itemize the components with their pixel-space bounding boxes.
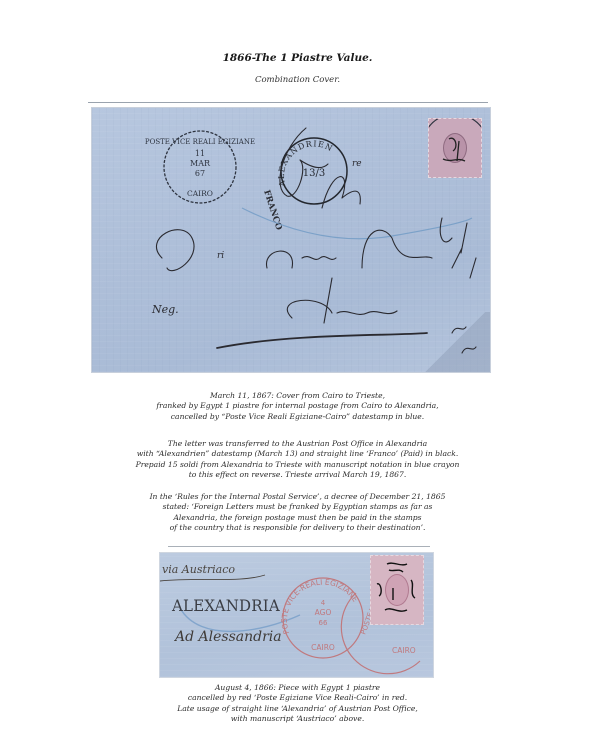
cairo-postmark: POSTE VICE REALI EGIZIANE 11 MAR 67 CAIR… (145, 131, 255, 203)
alexandrien-postmark: ALEXANDRIEN 13/3 (277, 138, 347, 204)
svg-text:11: 11 (195, 149, 205, 158)
svg-text:AGO: AGO (315, 608, 332, 617)
piece-image-alexandria: via Austriaco Ad Alessandria POSTE VICE-… (160, 553, 433, 677)
caption-paragraph-3: In the ‘Rules for the Internal Postal Se… (0, 492, 595, 534)
stamp-1-piastre-piece (370, 555, 424, 625)
cover-image-cairo-trieste: POSTE VICE REALI EGIZIANE 11 MAR 67 CAIR… (92, 108, 490, 372)
svg-text:CAIRO: CAIRO (311, 643, 335, 652)
svg-text:MAR: MAR (190, 159, 211, 168)
page-title: 1866-The 1 Piastre Value. (0, 52, 595, 64)
svg-text:13/3: 13/3 (303, 168, 325, 179)
caption-paragraph-2: The letter was transferred to the Austri… (0, 439, 595, 481)
svg-text:67: 67 (195, 169, 205, 178)
stamp-1-piastre (428, 118, 482, 178)
manuscript-austriaco: via Austriaco (160, 563, 265, 581)
svg-text:re: re (352, 159, 362, 169)
svg-text:Neg.: Neg. (151, 303, 179, 316)
svg-text:66: 66 (319, 619, 328, 627)
caption-piece: August 4, 1866: Piece with Egypt 1 piast… (0, 683, 595, 725)
svg-text:4: 4 (321, 599, 326, 607)
page-subtitle: Combination Cover. (0, 75, 595, 85)
alexandria-straight-line: ALEXANDRIA (172, 597, 280, 616)
franco-handstamp: FRANCO (261, 189, 284, 232)
svg-text:via Austriaco: via Austriaco (162, 563, 235, 576)
svg-text:ri: ri (217, 251, 224, 261)
svg-text:POSTE VICE REALI EGIZIANE: POSTE VICE REALI EGIZIANE (145, 138, 255, 146)
svg-text:CAIRO: CAIRO (392, 646, 416, 655)
stamp-overprint-arabic (371, 556, 423, 624)
manuscript-ad-alessandria: Ad Alessandria (173, 629, 282, 645)
svg-text:CAIRO: CAIRO (187, 189, 213, 198)
caption-paragraph-1: March 11, 1867: Cover from Cairo to Trie… (0, 391, 595, 422)
stamp-cancel (429, 119, 481, 177)
